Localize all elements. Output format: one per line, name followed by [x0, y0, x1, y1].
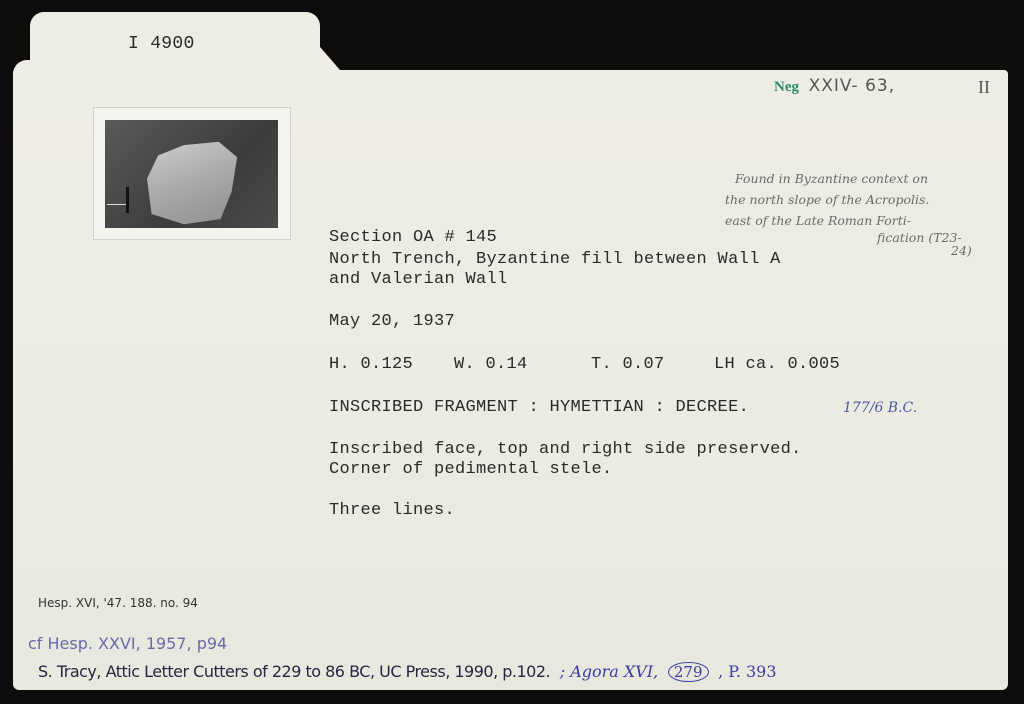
scale-bar-icon	[126, 187, 129, 213]
handwritten-date: 177/6 B.C.	[843, 400, 917, 416]
drawer-mark: II	[978, 77, 990, 98]
lines-note: Three lines.	[329, 501, 455, 520]
reference-hesperia-1957: cf Hesp. XXVI, 1957, p94	[28, 634, 227, 653]
reference-agora-page: , P. 393	[718, 662, 776, 681]
negative-value: XXIV- 63,	[809, 76, 896, 96]
dimension-letter-height: LH ca. 0.005	[714, 355, 840, 374]
findspot-line: the north slope of the Acropolis.	[725, 189, 1005, 210]
classification: INSCRIBED FRAGMENT : HYMETTIAN : DECREE.	[329, 398, 749, 417]
dimension-height: H. 0.125	[329, 355, 413, 374]
dimension-width: W. 0.14	[454, 355, 528, 374]
dimension-thickness: T. 0.07	[591, 355, 665, 374]
inventory-number: I 4900	[128, 34, 195, 54]
description-line: Inscribed face, top and right side prese…	[329, 440, 802, 459]
reference-hesperia-1947: Hesp. XVI, '47. 188. no. 94	[38, 596, 198, 610]
reference-line: S. Tracy, Attic Letter Cutters of 229 to…	[38, 662, 777, 682]
negative-number: Neg XXIV- 63,	[774, 76, 895, 96]
description-line: Corner of pedimental stele.	[329, 460, 613, 479]
location-line: North Trench, Byzantine fill between Wal…	[329, 250, 781, 269]
section-line: Section OA # 145	[329, 228, 497, 247]
location-line: and Valerian Wall	[329, 270, 508, 289]
excavation-date: May 20, 1937	[329, 312, 455, 331]
reference-tracy: S. Tracy, Attic Letter Cutters of 229 to…	[38, 662, 550, 681]
findspot-line: Found in Byzantine context on	[725, 168, 1005, 189]
reference-agora-number: 279	[668, 662, 709, 682]
handwritten-findspot: Found in Byzantine context on the north …	[725, 168, 1005, 261]
scale-stick	[107, 204, 127, 205]
negative-label: Neg	[774, 79, 799, 95]
reference-agora-prefix: ; Agora XVI,	[560, 662, 659, 681]
